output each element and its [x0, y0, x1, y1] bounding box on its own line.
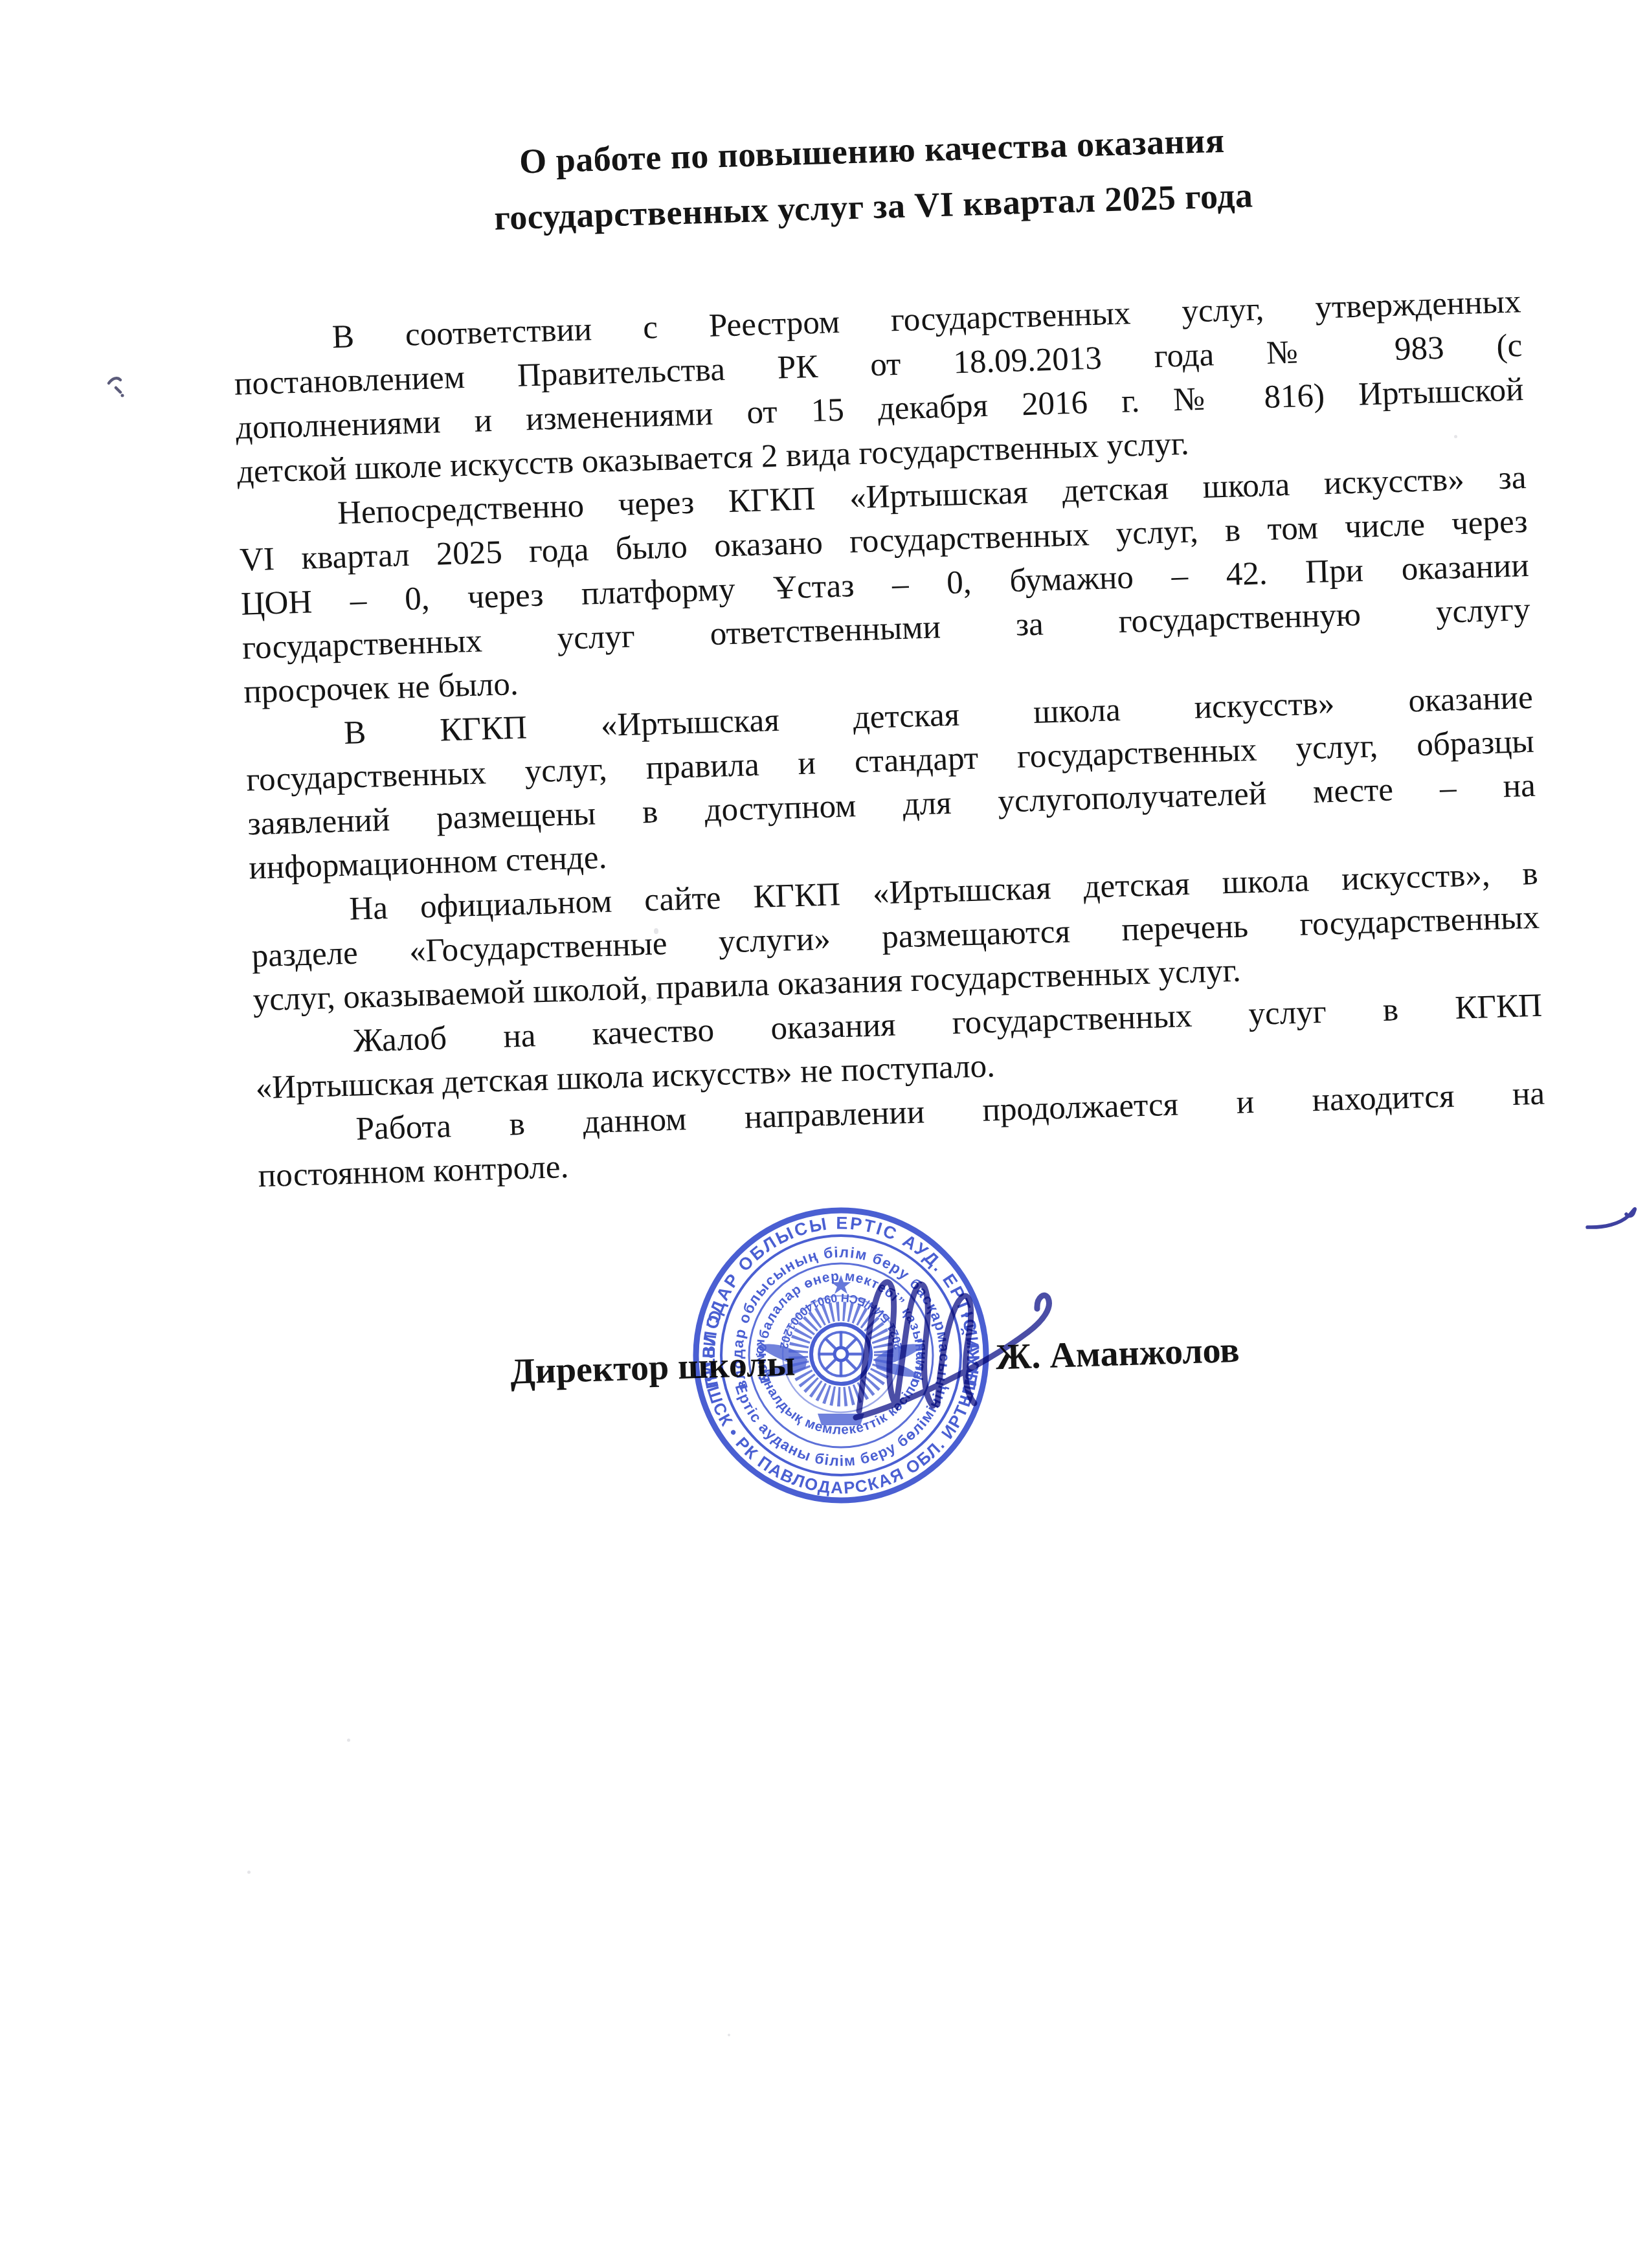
ink-smudge	[97, 366, 142, 411]
scanned-document-page: О работе по повышению качества оказания …	[0, 0, 1647, 2268]
scan-speck	[247, 1871, 251, 1874]
scan-speck	[654, 928, 658, 934]
handwritten-signature	[829, 1249, 1088, 1521]
scan-speck	[728, 2034, 730, 2036]
document-body: В соответствии с Реестром государственны…	[232, 280, 1547, 1198]
scan-speck	[1454, 435, 1457, 438]
document-title: О работе по повышению качества оказания …	[227, 84, 1518, 254]
scan-speck	[347, 1739, 350, 1742]
stray-pen-stroke	[1580, 1194, 1647, 1240]
document-content: О работе по повышению качества оказания …	[227, 84, 1552, 1401]
scan-speck	[647, 997, 651, 1001]
